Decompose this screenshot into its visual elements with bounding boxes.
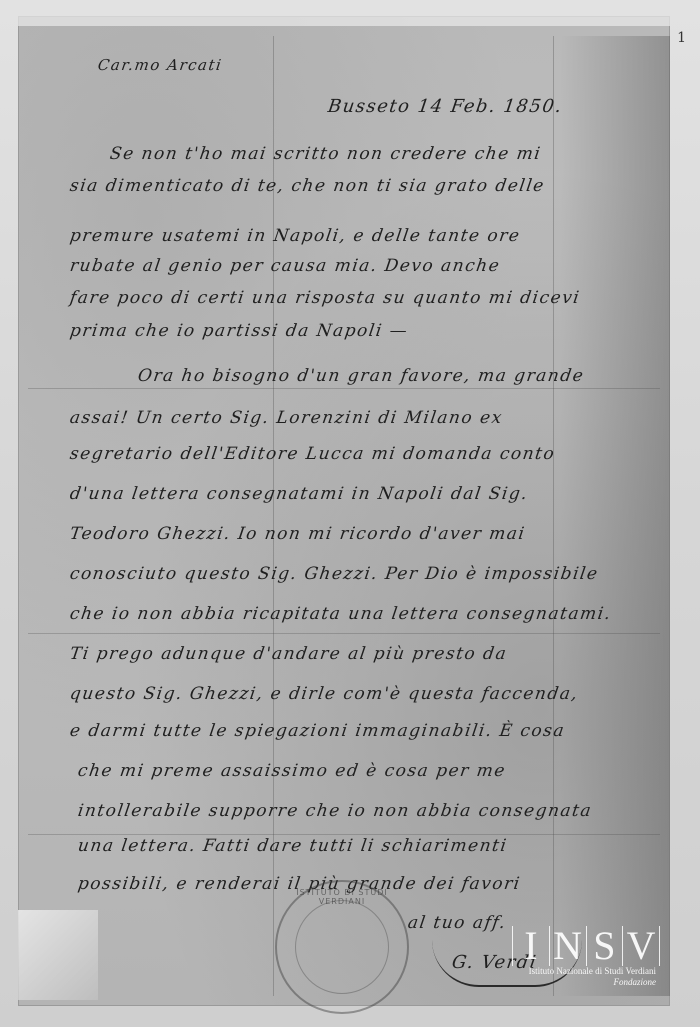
letter-line: Ora ho bisogno d'un gran favore, ma gran… bbox=[137, 366, 586, 386]
letter-line: Teodoro Ghezzi. Io non mi ricordo d'aver… bbox=[69, 524, 527, 544]
letter-line: segretario dell'Editore Lucca mi domanda… bbox=[69, 444, 557, 464]
letter-line: Ti prego adunque d'andare al più presto … bbox=[69, 644, 509, 664]
tape bbox=[18, 16, 670, 26]
letter-line: questo Sig. Ghezzi, e dirle com'è questa… bbox=[69, 684, 580, 704]
fold-line bbox=[553, 36, 554, 996]
letter-line: che mi preme assaissimo ed è cosa per me bbox=[77, 761, 508, 781]
letter-line: Se non t'ho mai scritto non credere che … bbox=[109, 144, 543, 164]
closing: al tuo aff. bbox=[407, 913, 508, 933]
salutation: Car.mo Arcati bbox=[97, 56, 224, 74]
letter-line: assai! Un certo Sig. Lorenzini di Milano… bbox=[69, 408, 505, 428]
letter-line: e darmi tutte le spiegazioni immaginabil… bbox=[69, 721, 567, 741]
logo-caption: Istituto Nazionale di Studi Verdiani Fon… bbox=[512, 966, 660, 988]
archive-stamp: ISTITUTO DI STUDI VERDIANI bbox=[275, 880, 409, 1014]
logo-letter: N bbox=[550, 926, 587, 966]
shadow bbox=[560, 36, 670, 996]
logo-letter: V bbox=[623, 926, 660, 966]
letter-line: una lettera. Fatti dare tutti li schiari… bbox=[77, 836, 509, 856]
page-marker: 1 bbox=[677, 30, 686, 46]
letter-line: che io non abbia ricapitata una lettera … bbox=[69, 604, 613, 624]
logo-letters: I N S V bbox=[512, 926, 660, 966]
dateline: Busseto 14 Feb. 1850. bbox=[327, 96, 564, 117]
logo-letter: I bbox=[513, 926, 550, 966]
stamp-ring bbox=[295, 900, 389, 994]
letter-line: fare poco di certi una risposta su quant… bbox=[69, 288, 582, 308]
logo-line2: Fondazione bbox=[512, 977, 656, 988]
logo-letter: S bbox=[587, 926, 624, 966]
letter-line: d'una lettera consegnatami in Napoli dal… bbox=[69, 484, 530, 504]
photo-mount: Car.mo Arcati Busseto 14 Feb. 1850. Se n… bbox=[0, 0, 700, 1027]
letter-line: prima che io partissi da Napoli — bbox=[69, 321, 410, 341]
letter-line: rubate al genio per causa mia. Devo anch… bbox=[69, 256, 502, 276]
letter-line: premure usatemi in Napoli, e delle tante… bbox=[69, 226, 522, 246]
insv-watermark-logo: I N S V Istituto Nazionale di Studi Verd… bbox=[512, 926, 660, 988]
tape bbox=[18, 910, 98, 1000]
letter-line: sia dimenticato di te, che non ti sia gr… bbox=[69, 176, 547, 196]
letter-line: conosciuto questo Sig. Ghezzi. Per Dio è… bbox=[69, 564, 600, 584]
letter-line: intollerabile supporre che io non abbia … bbox=[77, 801, 594, 821]
letter-sheet: Car.mo Arcati Busseto 14 Feb. 1850. Se n… bbox=[18, 16, 670, 1006]
logo-line1: Istituto Nazionale di Studi Verdiani bbox=[529, 966, 656, 976]
